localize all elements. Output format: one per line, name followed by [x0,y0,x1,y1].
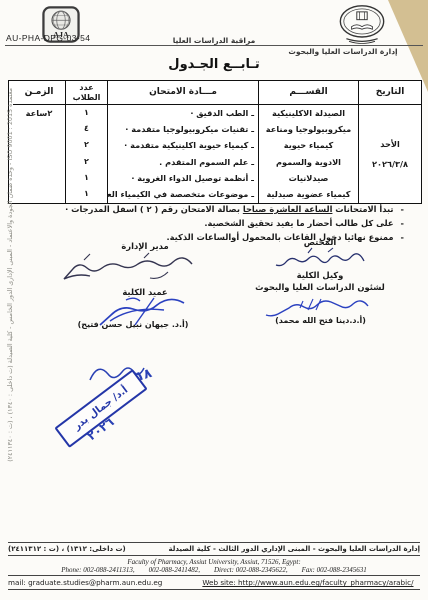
department-cell: الصيدلة الاكلينيكية ميكروبيولوجيا ومناعة… [259,105,359,203]
date-value: ٢٠٢٦/٣/٨ [372,159,408,169]
footer-fax: Fax: 002-088-2345631 [302,566,367,574]
students-count: ١ [66,170,107,186]
footer-phone-row: Phone: 002-088-2411313, 002-088-2411482,… [8,566,420,574]
column-header-date-label: التاريخ [376,87,405,97]
note-2: - على كل طالب أحضار ما يفيد تحقيق الشخصي… [8,218,418,228]
subject-item: ـ موضوعات متخصصة في الكيمياء العضوية الح… [108,186,258,202]
footer-email: mail: graduate.studies@pharm.aun.edu.eg [8,578,162,587]
department-item: كيمياء حيوية [259,137,358,153]
header-department-label: إدارة الدراسات العليا والبحوث [268,47,418,56]
exam-notes: - تبدأ الامتحانات الساعة العاشرة صباحا ب… [8,204,418,246]
note-3: - ممنوع نهائيا دخول القاعات بالمحمول أوا… [8,232,418,242]
note-1-suffix: بصالة الامتحان رقم ( ٢ ) اسفل المدرجات · [65,204,243,214]
department-item: الادوية والسموم [259,154,358,170]
column-header-subject-label: مـــادة الامتحان [149,87,217,97]
header-rule [5,45,423,46]
note-bullet: - [401,204,404,214]
vice-dean-title-line1: وكيل الكلية [255,270,385,280]
note-1-text: تبدأ الامتحانات الساعة العاشرة صباحا بصا… [65,204,393,214]
column-header-department-label: القســـم [289,87,327,97]
subject-item: ـ كيمياء حيوية اكلينيكية متقدمة · [108,137,258,153]
students-count: ١ [66,105,107,121]
footer-phone-2: 002-088-2411482, [149,566,200,574]
date-cell: الأحد ٢٠٢٦/٣/٨ [359,105,421,203]
director-signature [48,250,200,288]
column-header-time-label: الزمـن [25,87,54,97]
footer-website-link[interactable]: Web site: http://www.aun.edu.eg/faculty_… [202,578,413,587]
note-2-text: على كل طالب أحضار ما يفيد تحقيق الشخصية. [204,218,393,228]
header-center-label: مراقبة الدراسات العليا [124,36,304,45]
footer-arabic-address: إدارة الدراسات العليا والبحوث - المبنى ا… [168,545,420,553]
column-header-students-line2: الطلاب [73,93,101,102]
vice-dean-title-line2: لشئون الدراسات العليا والبحوث [245,282,395,292]
subject-item: ـ علم السموم المتقدم . [108,154,258,170]
university-emblem-icon [336,3,388,45]
column-header-students-line1: عدد [79,83,93,92]
students-count: ٢ [66,137,107,153]
scanned-exam-schedule-document: { "header": { "doc_code": "AU-PHA-DPG-03… [0,0,428,600]
department-item: ميكروبيولوجيا ومناعة [259,121,358,137]
date-day: الأحد [380,139,400,149]
note-bullet: - [401,218,404,228]
subject-item: ـ تقنيات ميكروبيولوجيا متقدمة · [108,121,258,137]
footer-arabic-phones: (ت داخلى: ١٣١٢) ، (ت : ٢٤١١٣١٢) [8,545,126,553]
time-value: ٢ساعة [13,105,65,121]
specialist-signature [268,245,372,271]
dean-name: (أ.د. جيهان نبيل حسن فتيح) [58,320,208,329]
footer-arabic-row: إدارة الدراسات العليا والبحوث - المبنى ا… [8,545,420,553]
department-item: الصيدلة الاكلينيكية [259,105,358,121]
column-header-students: عدد الطلاب [66,81,108,105]
subject-item: ـ الطب الدقيق · [108,105,258,121]
students-count: ٢ [66,154,107,170]
vice-dean-name: (أ.د.دينا فتح الله محمد) [248,316,393,325]
footer-rule-1 [8,542,420,543]
time-cell: ٢ساعة [13,105,66,203]
note-3-text: ممنوع نهائيا دخول القاعات بالمحمول أوالس… [166,232,393,242]
footer-english-address: Faculty of Pharmacy, Assiut University, … [8,558,420,566]
column-header-time: الزمـن [13,81,66,105]
note-1: - تبدأ الامتحانات الساعة العاشرة صباحا ب… [8,204,418,214]
page-title: تـابــع الجـدول [0,57,428,72]
subject-cell: ـ الطب الدقيق · ـ تقنيات ميكروبيولوجيا م… [108,105,259,203]
document-code: AU-PHA-DPG-03-54 [6,33,90,43]
footer-mail-row: mail: graduate.studies@pharm.aun.edu.eg … [8,578,420,587]
students-count-cell: ١ ٤ ٢ ٢ ١ ١ [66,105,108,203]
footer-rule-2 [8,555,420,556]
subject-item: ـ أنظمة توصيل الدواء الغروية · [108,170,258,186]
footer-rule-3 [8,575,420,576]
exam-schedule-table: التاريخ القســـم مـــادة الامتحان عدد ال… [8,80,422,204]
column-header-subject: مـــادة الامتحان [108,81,259,105]
footer-rule-4 [8,589,420,590]
footer-direct: Direct: 002-088-2345622, [214,566,288,574]
department-item: صيدلانيات [259,170,358,186]
students-count: ٤ [66,121,107,137]
column-header-date: التاريخ [359,81,421,105]
students-count: ١ [66,186,107,202]
department-item: كيمياء عضوية صيدلية [259,186,358,202]
side-certification-strip: معتمدة ISO 9001 : 2015 - وحدة ضمان الجود… [6,88,14,520]
scan-corner-artifact [388,0,428,92]
column-header-department: القســـم [259,81,359,105]
note-1-underlined: الساعة العاشرة صباحا [243,204,333,214]
vice-dean-signature [256,294,378,318]
note-bullet: - [401,232,404,242]
university-logo [336,3,388,49]
footer-phone-1: Phone: 002-088-2411313, [61,566,134,574]
note-1-prefix: تبدأ الامتحانات [332,204,393,214]
